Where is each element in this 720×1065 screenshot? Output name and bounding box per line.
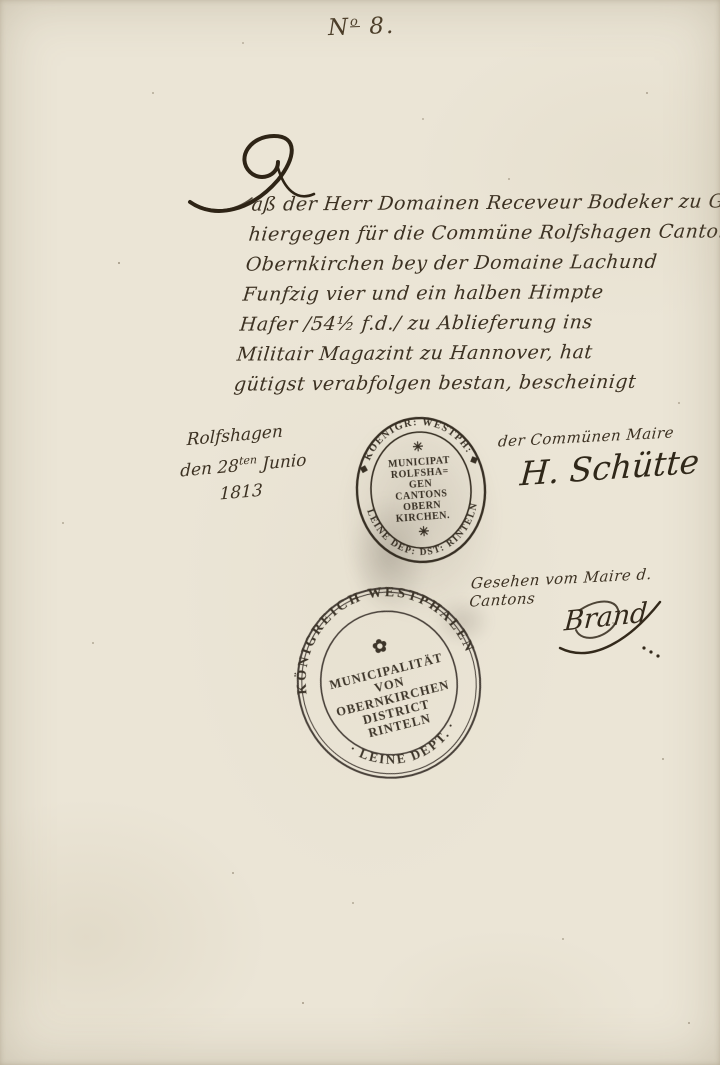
visa-signature: Brand [552,592,672,674]
municipality-rolfshagen-stamp: ◆ KOENIGR: WESTPH: ◆ LEINE DEP: DST: RIN… [331,404,512,575]
rosette-ornament-icon: ✿ [370,635,389,658]
body-line: Militair Magazint zu Hannover, hat [235,336,708,369]
body-line: hiergegen für die Commüne Rolfshagen Can… [247,216,720,249]
document-number: No 8. [328,13,396,41]
floret-ornament-icon: ✳ [418,524,430,540]
document-number-ordinal: o [350,14,360,29]
paper-specks [0,0,2,2]
body-line: Funfzig vier und ein halben Himpte [241,276,714,309]
body-line: aß der Herr Domainen Receveur Bodeker zu… [250,186,720,219]
dateline-month: Junio [257,450,307,474]
stamp-line: KIRCHEN. [395,510,450,525]
dateline: Rolfshagen den 28ten Junio 1813 [186,417,308,511]
body-line: Obernkirchen bey der Domaine Lachund [244,246,717,279]
document-number-letter: N [328,14,351,41]
body-paragraph: aß der Herr Domainen Receveur Bodeker zu… [233,186,720,399]
body-line: gütigst verabfolgen bestan, bescheinigt [233,366,706,399]
floret-ornament-icon: ✳ [412,439,424,455]
dateline-ordinal: ten [239,453,257,468]
document-page: No 8. aß der Herr Domainen Receveur Bode… [0,0,720,1065]
dateline-day: den 28 [180,456,239,481]
maire-signature: H. Schütte [519,442,701,494]
document-number-digit: 8. [360,13,396,40]
body-line: Hafer /54½ f.d./ zu Ablieferung ins [238,306,711,339]
